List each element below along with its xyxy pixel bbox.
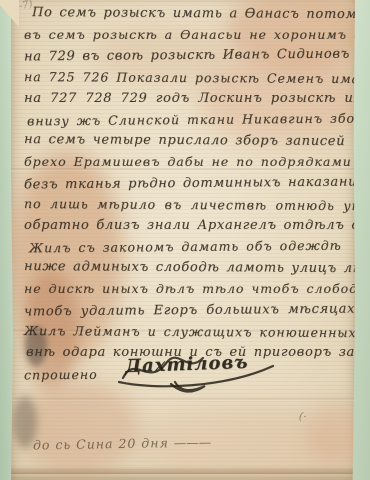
footnote-date: до сь Сина 20 дня ——— [33,434,212,452]
fold-crease-3 [11,398,355,401]
footnote-dash: ——— [174,434,212,450]
signature: Дахтіловъ [115,348,285,396]
manuscript-paper: -7) По семъ розыскъ имать а Ѳанасъ потом… [11,0,355,480]
paper-bottom-edge-shadow [11,466,355,474]
handwriting-line: обратно близъ знали Архангелъ отдѣлъ дѣл… [24,215,346,236]
handwriting-line: Жилъ съ закономъ дамать объ одеждѣ [24,235,346,259]
handwriting-line: на 725 726 Показали розыскѣ Семенъ имать [24,66,346,89]
handwriting-line: на 727 728 729 годъ Лоскинъ розыскѣ имат… [24,88,346,109]
handwriting-line: По семъ розыскъ имать а Ѳанасъ потомъ на… [24,2,346,25]
handwriting-line: по лишь мѣрило въ личествѣ отнюдь указов… [24,193,346,216]
handwriting-line: Жилъ Лейманъ и служащихъ конюшенныхъ [24,320,346,343]
handwriting-line: въ семъ розыскѣ а Ѳанасьи не хоронимъ въ [24,24,346,45]
handwriting-line: ниже админыхъ слободѣ ламоть улицъ любти [24,256,346,279]
signature-flourish-icon [115,348,285,396]
handwriting-line: внизу жъ Слинской ткани Никавгинъ зборѣ [24,108,346,132]
handwriting-line: чтобъ удалить Егоръ большихъ мѣсяцахъ [24,298,346,322]
handwriting-line: безъ тканья рѣдно дотминныхъ наказании [24,171,346,195]
handwriting-line: на 729 въ своѣ розыскѣ Иванъ Сидиновъ въ [24,44,346,68]
handwriting-line: брехо Ерамишевъ дабы не по подрядками [24,151,346,172]
stray-ink-mark: (· [298,410,308,424]
handwriting-line: не дискѣ иныхъ дѣлъ тѣло чтобъ слободѣ [24,278,346,299]
handwriting-line: на семъ четыре прислало зборъ записей [24,129,346,152]
footnote-text: до сь Сина 20 дня [33,435,169,452]
handwriting-block: По семъ розыскъ имать а Ѳанасъ потомъ на… [24,3,346,384]
